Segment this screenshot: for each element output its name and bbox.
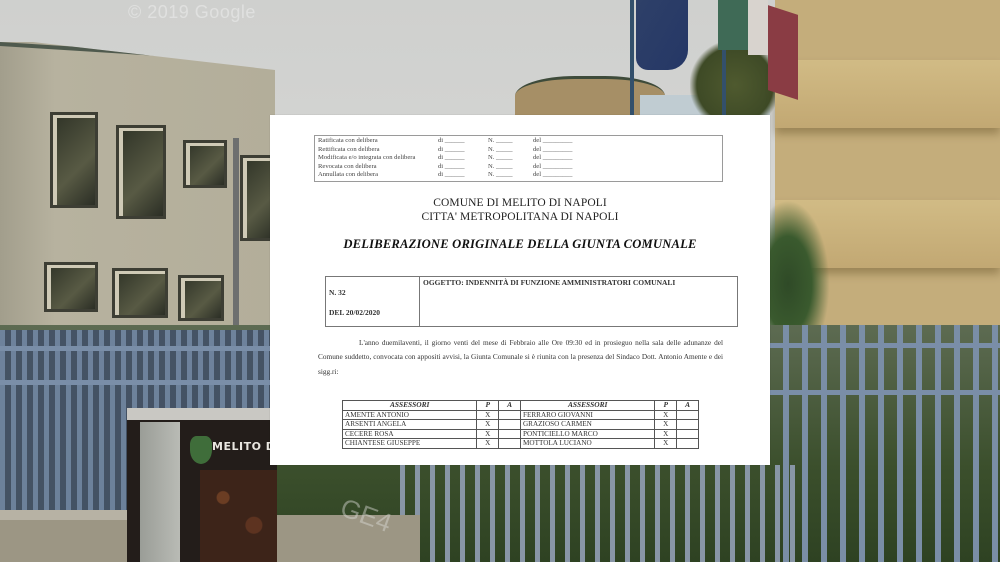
ratification-label: Revocata con delibera [318, 163, 438, 172]
subject-cell: OGGETTO: INDENNITÀ DI FUNZIONE AMMINISTR… [420, 277, 737, 326]
building-window [44, 262, 98, 312]
ratification-label: Modificata e/o integrata con delibera [318, 154, 438, 163]
absent-mark [499, 420, 521, 430]
absent-mark [677, 439, 699, 449]
present-mark: X [477, 439, 499, 449]
fence-rail [0, 380, 275, 385]
assessore-name: AMENTE ANTONIO [343, 410, 477, 420]
ratification-di: di ______ [438, 137, 488, 146]
building-window [178, 275, 224, 321]
absent-mark [677, 410, 699, 420]
ratification-row: Revocata con deliberadi ______N. _____de… [318, 163, 722, 172]
meeting-paragraph: L'anno duemilaventi, il giorno venti del… [318, 336, 723, 379]
column-header: P [477, 401, 499, 411]
lamp-pole [233, 138, 239, 338]
ratification-date: del _________ [533, 137, 593, 146]
building-window [50, 112, 98, 208]
absent-mark [677, 420, 699, 430]
sign-texture [200, 470, 277, 562]
ratification-date: del _________ [533, 163, 593, 172]
assessore-name: MOTTOLA LUCIANO [520, 439, 654, 449]
sign-cap [127, 408, 277, 420]
balcony [775, 60, 1000, 128]
subject-box: N. 32 DEL 20/02/2020 OGGETTO: INDENNITÀ … [325, 276, 738, 327]
present-mark: X [477, 410, 499, 420]
building-window [116, 125, 166, 219]
absent-mark [499, 439, 521, 449]
metropolitan-city: CITTA' METROPOLITANA DI NAPOLI [270, 211, 770, 223]
present-mark: X [655, 410, 677, 420]
ratification-label: Annullata con delibera [318, 171, 438, 180]
column-header: A [499, 401, 521, 411]
absent-mark [677, 429, 699, 439]
assessore-name: CHIANTESE GIUSEPPE [343, 439, 477, 449]
municipality-name: COMUNE DI MELITO DI NAPOLI [270, 197, 770, 209]
ratification-number: N. _____ [488, 163, 533, 172]
number-date-cell: N. 32 DEL 20/02/2020 [326, 277, 420, 326]
deliberation-document: Ratificata con deliberadi ______N. _____… [270, 115, 770, 465]
subject-text: OGGETTO: INDENNITÀ DI FUNZIONE AMMINISTR… [423, 278, 675, 287]
assessore-name: CECERE ROSA [343, 429, 477, 439]
eu-flag [636, 0, 688, 70]
ratification-date: del _________ [533, 146, 593, 155]
ratification-row: Modificata e/o integrata con deliberadi … [318, 154, 722, 163]
column-header: P [655, 401, 677, 411]
deliberation-date: DEL 20/02/2020 [329, 308, 380, 317]
ratification-box: Ratificata con deliberadi ______N. _____… [314, 135, 723, 182]
present-mark: X [477, 429, 499, 439]
sign-pillar [140, 422, 180, 562]
document-title: DELIBERAZIONE ORIGINALE DELLA GIUNTA COM… [270, 237, 770, 252]
ratification-label: Rettificata con delibera [318, 146, 438, 155]
fence-right [770, 325, 1000, 562]
ratification-row: Annullata con deliberadi ______N. _____d… [318, 171, 722, 180]
meeting-paragraph-text: L'anno duemilaventi, il giorno venti del… [318, 338, 723, 376]
absent-mark [499, 429, 521, 439]
ratification-label: Ratificata con delibera [318, 137, 438, 146]
ratification-di: di ______ [438, 146, 488, 155]
ratification-number: N. _____ [488, 171, 533, 180]
building-window [183, 140, 227, 188]
fence-bottom [400, 465, 800, 562]
curb [0, 510, 130, 520]
sign-text: MELITO D [212, 440, 275, 453]
assessore-name: FERRARO GIOVANNI [520, 410, 654, 420]
ratification-number: N. _____ [488, 137, 533, 146]
assessore-name: PONTICIELLO MARCO [520, 429, 654, 439]
table-row: CHIANTESE GIUSEPPEXMOTTOLA LUCIANOX [343, 439, 699, 449]
table-header-row: ASSESSORI P A ASSESSORI P A [343, 401, 699, 411]
italian-flag-red [768, 5, 798, 100]
ratification-di: di ______ [438, 171, 488, 180]
google-watermark: © 2019 Google [128, 2, 256, 23]
assessore-name: ARSENTI ANGELA [343, 420, 477, 430]
ratification-number: N. _____ [488, 146, 533, 155]
table-row: AMENTE ANTONIOXFERRARO GIOVANNIX [343, 410, 699, 420]
absent-mark [499, 410, 521, 420]
fence-rail [0, 346, 275, 351]
present-mark: X [477, 420, 499, 430]
fence-rail [770, 390, 1000, 395]
column-header: A [677, 401, 699, 411]
assessore-name: GRAZIOSO CARMEN [520, 420, 654, 430]
present-mark: X [655, 420, 677, 430]
present-mark: X [655, 429, 677, 439]
palm-tree [770, 200, 830, 340]
italian-flag-green [718, 0, 748, 50]
ratification-di: di ______ [438, 154, 488, 163]
table-row: ARSENTI ANGELAXGRAZIOSO CARMENX [343, 420, 699, 430]
table-row: CECERE ROSAXPONTICIELLO MARCOX [343, 429, 699, 439]
present-mark: X [655, 439, 677, 449]
building-window [112, 268, 168, 318]
coat-of-arms-icon [190, 436, 212, 464]
italian-flag-white [748, 0, 768, 55]
column-header: ASSESSORI [520, 401, 654, 411]
fence-rail [770, 343, 1000, 348]
ratification-date: del _________ [533, 171, 593, 180]
ratification-row: Rettificata con deliberadi ______N. ____… [318, 146, 722, 155]
column-header: ASSESSORI [343, 401, 477, 411]
deliberation-number: N. 32 [329, 288, 346, 297]
attendance-table: ASSESSORI P A ASSESSORI P A AMENTE ANTON… [342, 400, 699, 449]
ratification-di: di ______ [438, 163, 488, 172]
ratification-number: N. _____ [488, 154, 533, 163]
ratification-row: Ratificata con deliberadi ______N. _____… [318, 137, 722, 146]
ratification-date: del _________ [533, 154, 593, 163]
